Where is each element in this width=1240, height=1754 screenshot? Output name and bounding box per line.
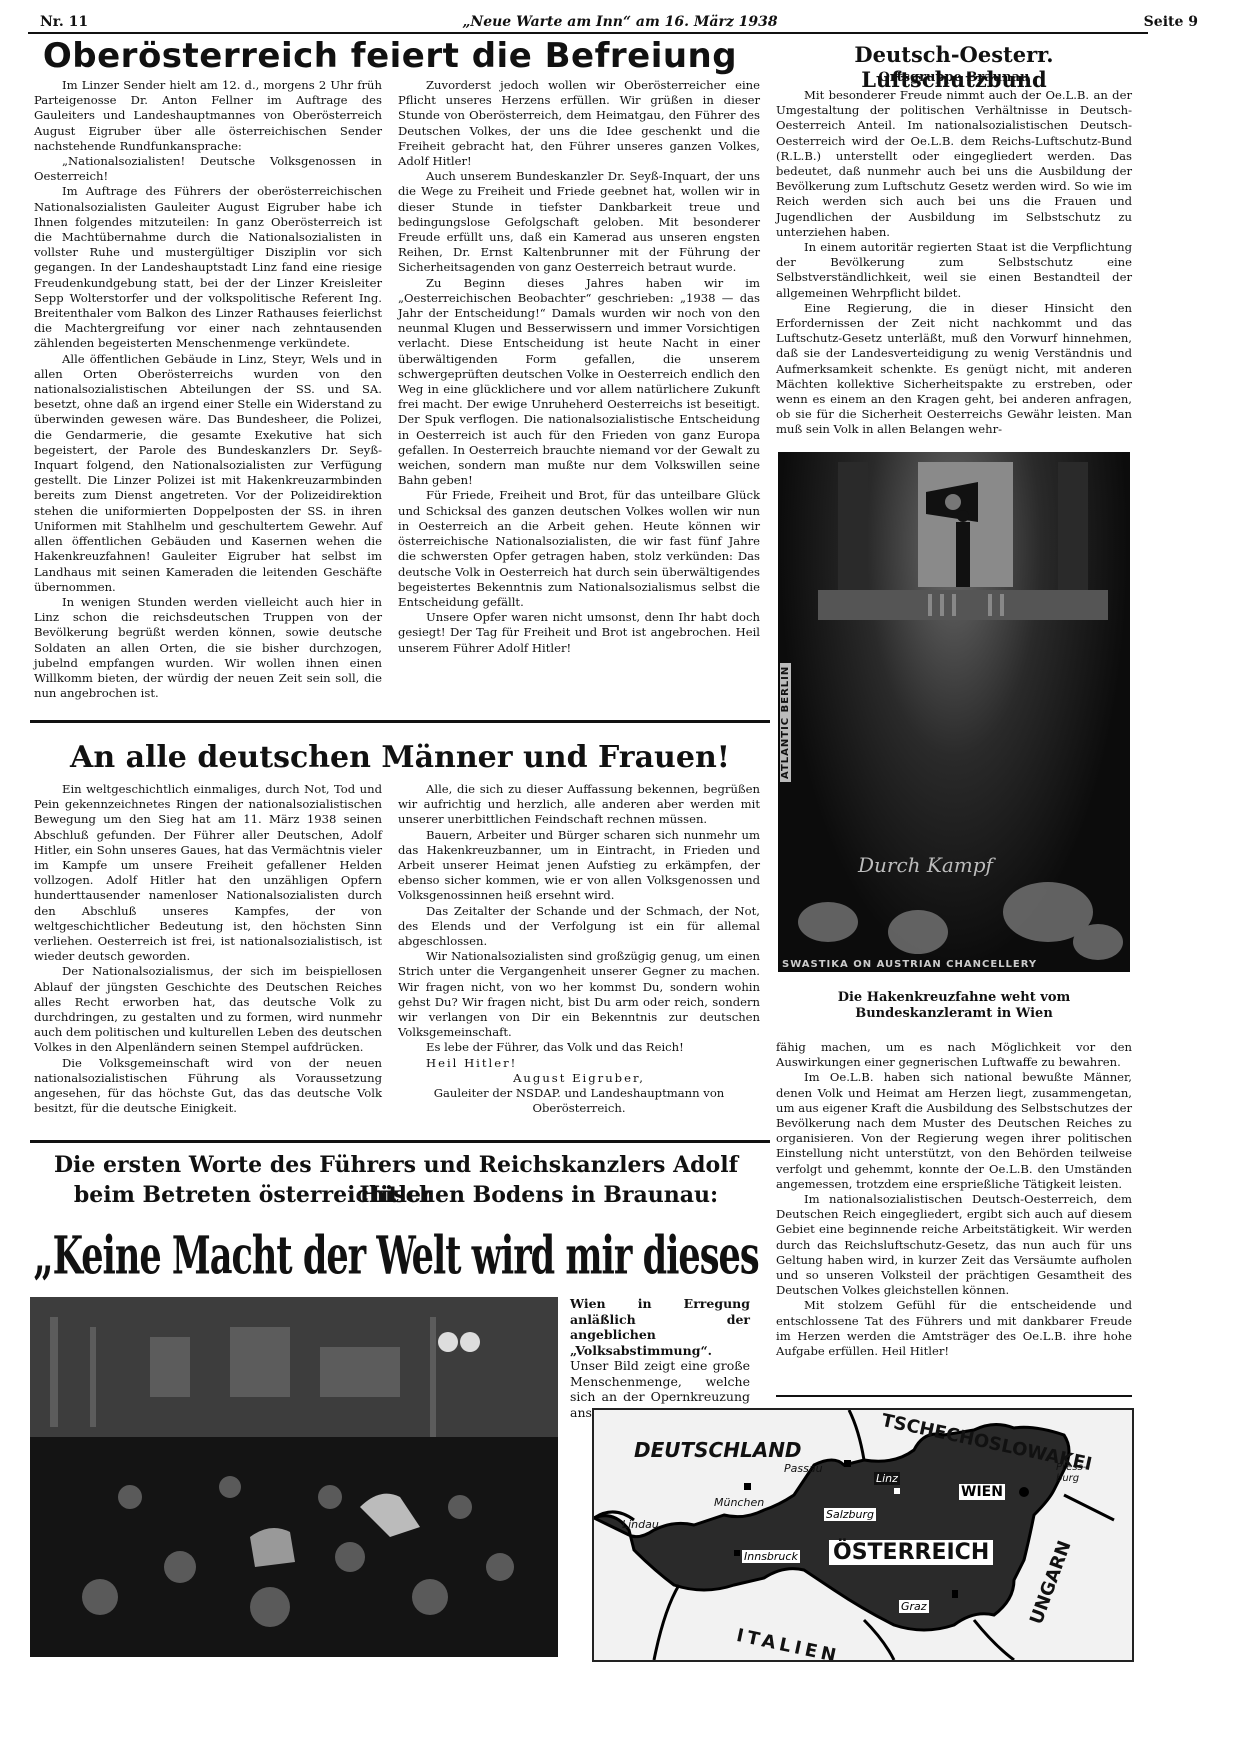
appeal-col1: Ein weltgeschichtlich einmaliges, durch … [34,782,382,1116]
paragraph: Im Linzer Sender hielt am 12. d., morgen… [34,78,382,154]
paragraph: In wenigen Stunden werden vielleicht auc… [34,595,382,701]
crowd-photo-caption: Wien in Erregung anläßlich der angeblich… [570,1296,750,1420]
map-city-graz: Graz [899,1600,929,1613]
crowd-caption-bold: Wien in Erregung anläßlich der angeblich… [570,1296,750,1358]
paragraph: Die Volksgemeinschaft wird von der neuen… [34,1056,382,1117]
map-label-oesterreich: ÖSTERREICH [829,1540,993,1565]
paragraph: Es lebe der Führer, das Volk und das Rei… [398,1040,760,1055]
issue-number: Nr. 11 [40,14,88,30]
header-rule [28,32,1148,34]
map-label-deutschland: DEUTSCHLAND [634,1438,802,1462]
paragraph: Der Nationalsozialismus, der sich im bei… [34,964,382,1055]
paragraph: In einem autoritär regierten Staat ist d… [776,240,1132,301]
paragraph: fähig machen, um es nach Möglichkeit vor… [776,1040,1132,1070]
paragraph: Das Zeitalter der Schande und der Schmac… [398,904,760,950]
map-city-lindau: Lindau [622,1518,659,1531]
paragraph: Alle öffentlichen Gebäude in Linz, Steyr… [34,352,382,595]
photo-credit: ATLANTIC BERLIN [780,663,791,782]
austria-map: DEUTSCHLAND TSCHECHOSLOWAKEI ÖSTERREICH … [592,1408,1134,1662]
signature-name: August Eigruber, [398,1071,760,1086]
section-rule [30,1140,770,1143]
masthead: „Neue Warte am Inn“ am 16. März 1938 [430,14,810,30]
map-city-pressburg: Press-burg [1056,1462,1096,1484]
crowd-photo-image [30,1297,558,1657]
chancellery-photo-image: Durch Kampf [778,452,1130,972]
paragraph: Ein weltgeschichtlich einmaliges, durch … [34,782,382,964]
paragraph: Für Friede, Freiheit und Brot, für das u… [398,488,760,610]
map-city-muenchen: München [714,1496,764,1509]
paragraph: Im Oe.L.B. haben sich national bewußte M… [776,1070,1132,1192]
paragraph: Zuvorderst jedoch wollen wir Oberösterre… [398,78,760,169]
paragraph: „Nationalsozialisten! Deutsche Volksgeno… [34,154,382,184]
map-city-linz: Linz [874,1472,900,1485]
paragraph: Zu Beginn dieses Jahres haben wir im „Oe… [398,276,760,489]
page-number: Seite 9 [1144,14,1198,30]
paragraph: Bauern, Arbeiter und Bürger scharen sich… [398,828,760,904]
appeal-col2: Alle, die sich zu dieser Auffassung beke… [398,782,760,1116]
chancellery-photo: Durch Kampf ATLANTIC BERLIN SWASTIKA ON … [778,452,1130,972]
map-top-rule [776,1395,1132,1397]
map-city-passau: Passau [784,1462,823,1475]
chancellery-caption: Die Hakenkreuzfahne weht vom Bundeskanzl… [776,990,1132,1022]
map-city-salzburg: Salzburg [824,1508,876,1521]
paragraph: Im nationalsozialistischen Deutsch-Oeste… [776,1192,1132,1298]
paragraph: Alle, die sich zu dieser Auffassung beke… [398,782,760,828]
main-article-col1: Im Linzer Sender hielt am 12. d., morgen… [34,78,382,701]
map-city-innsbruck: Innsbruck [742,1550,800,1563]
paragraph: Mit besonderer Freude nimmt auch der Oe.… [776,88,1132,240]
paragraph: Im Auftrage des Führers der oberösterrei… [34,184,382,351]
banner-text: Durch Kampf [857,853,997,877]
sidebar-text-bottom: fähig machen, um es nach Möglichkeit vor… [776,1040,1132,1359]
section-rule [30,720,770,723]
sidebar-subheadline: Ortsgruppe Braunau [774,70,1134,85]
appeal-headline: An alle deutschen Männer und Frauen! [30,740,770,775]
crowd-photo [30,1297,558,1657]
map-city-wien: WIEN [959,1484,1005,1500]
paragraph: Eine Regierung, die in dieser Hinsicht d… [776,301,1132,438]
paragraph: Heil Hitler! [398,1056,760,1071]
feature-kicker-line2: beim Betreten österreichischen Bodens in… [22,1180,770,1210]
paragraph: Mit stolzem Gefühl für die entscheidende… [776,1298,1132,1359]
paragraph: Wir Nationalsozialisten sind großzügig g… [398,949,760,1040]
main-article-col2: Zuvorderst jedoch wollen wir Oberösterre… [398,78,760,656]
main-headline: Oberösterreich feiert die Befreiung [30,36,750,76]
sidebar-text-top: Mit besonderer Freude nimmt auch der Oe.… [776,88,1132,438]
signature-title: Gauleiter der NSDAP. und Landeshauptmann… [398,1086,760,1116]
paragraph: Auch unserem Bundeskanzler Dr. Seyß-Inqu… [398,169,760,275]
paragraph: Unsere Opfer waren nicht umsonst, denn I… [398,610,760,656]
photo-strip: SWASTIKA ON AUSTRIAN CHANCELLERY [782,959,1037,970]
